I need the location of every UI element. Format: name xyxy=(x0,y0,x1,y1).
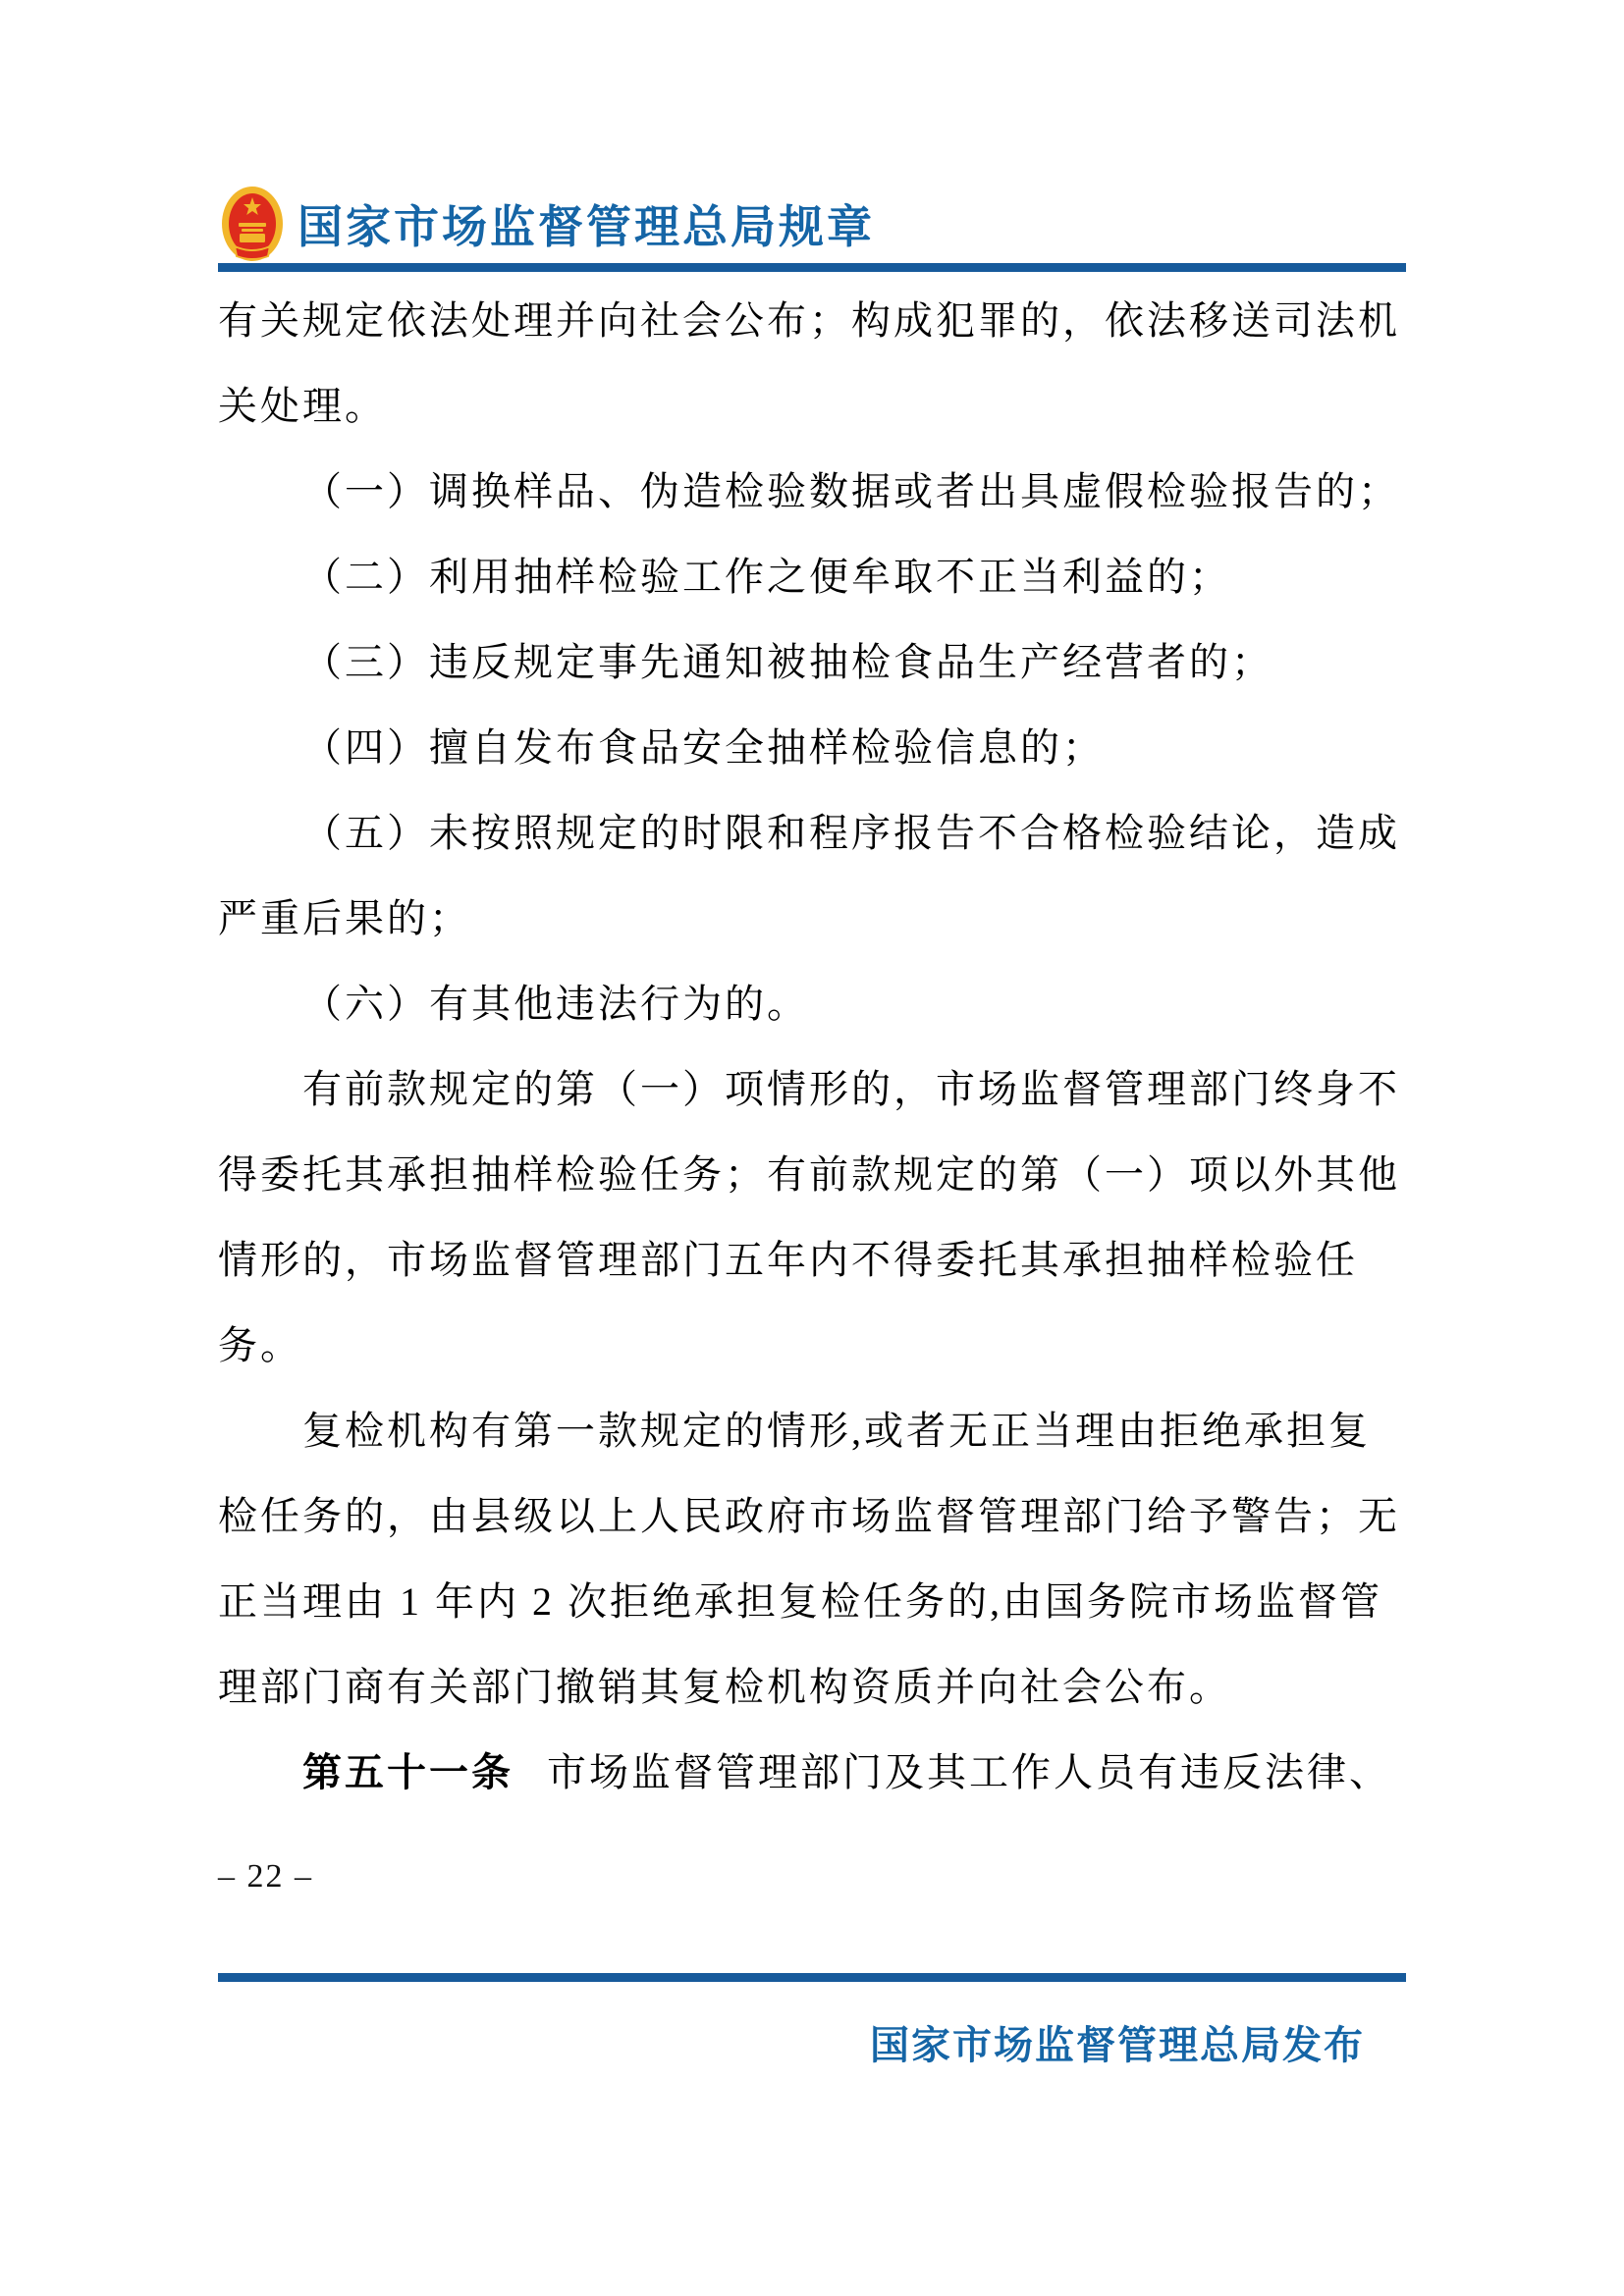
document-line: 务。 xyxy=(218,1303,1408,1388)
document-line: 关处理。 xyxy=(218,363,1408,449)
page-number: – 22 – xyxy=(218,1858,313,1896)
document-line: 复检机构有第一款规定的情形,或者无正当理由拒绝承担复 xyxy=(218,1388,1408,1473)
document-line: （三）违反规定事先通知被抽检食品生产经营者的； xyxy=(218,619,1408,705)
document-line: 有关规定依法处理并向社会公布；构成犯罪的，依法移送司法机 xyxy=(218,278,1408,363)
document-line: 严重后果的； xyxy=(218,876,1408,961)
national-emblem-icon xyxy=(221,186,284,262)
document-line: 情形的，市场监督管理部门五年内不得委托其承担抽样检验任 xyxy=(218,1217,1408,1303)
document-line: （二）利用抽样检验工作之便牟取不正当利益的； xyxy=(218,534,1408,619)
page-header: 国家市场监督管理总局规章 xyxy=(221,185,875,263)
document-line: （一）调换样品、伪造检验数据或者出具虚假检验报告的； xyxy=(218,449,1408,534)
page-title: 国家市场监督管理总局规章 xyxy=(298,191,875,256)
document-line: 有前款规定的第（一）项情形的，市场监督管理部门终身不 xyxy=(218,1046,1408,1132)
document-page: 国家市场监督管理总局规章 有关规定依法处理并向社会公布；构成犯罪的，依法移送司法… xyxy=(0,0,1624,2296)
document-line: （四）擅自发布食品安全抽样检验信息的； xyxy=(218,705,1408,790)
document-body: 有关规定依法处理并向社会公布；构成犯罪的，依法移送司法机关处理。（一）调换样品、… xyxy=(218,278,1408,1815)
header-divider xyxy=(218,263,1406,272)
document-line: 第五十一条市场监督管理部门及其工作人员有违反法律、 xyxy=(218,1730,1408,1815)
footer-divider xyxy=(218,1973,1406,1982)
document-line: 得委托其承担抽样检验任务；有前款规定的第（一）项以外其他 xyxy=(218,1132,1408,1217)
document-line: （五）未按照规定的时限和程序报告不合格检验结论，造成 xyxy=(218,790,1408,876)
article-number: 第五十一条 xyxy=(302,1751,514,1794)
document-line: 正当理由 1 年内 2 次拒绝承担复检任务的,由国务院市场监督管 xyxy=(218,1559,1408,1644)
document-line: （六）有其他违法行为的。 xyxy=(218,961,1408,1046)
document-line: 理部门商有关部门撤销其复检机构资质并向社会公布。 xyxy=(218,1644,1408,1730)
document-line: 检任务的，由县级以上人民政府市场监督管理部门给予警告；无 xyxy=(218,1473,1408,1559)
footer-publisher: 国家市场监督管理总局发布 xyxy=(870,2014,1365,2070)
